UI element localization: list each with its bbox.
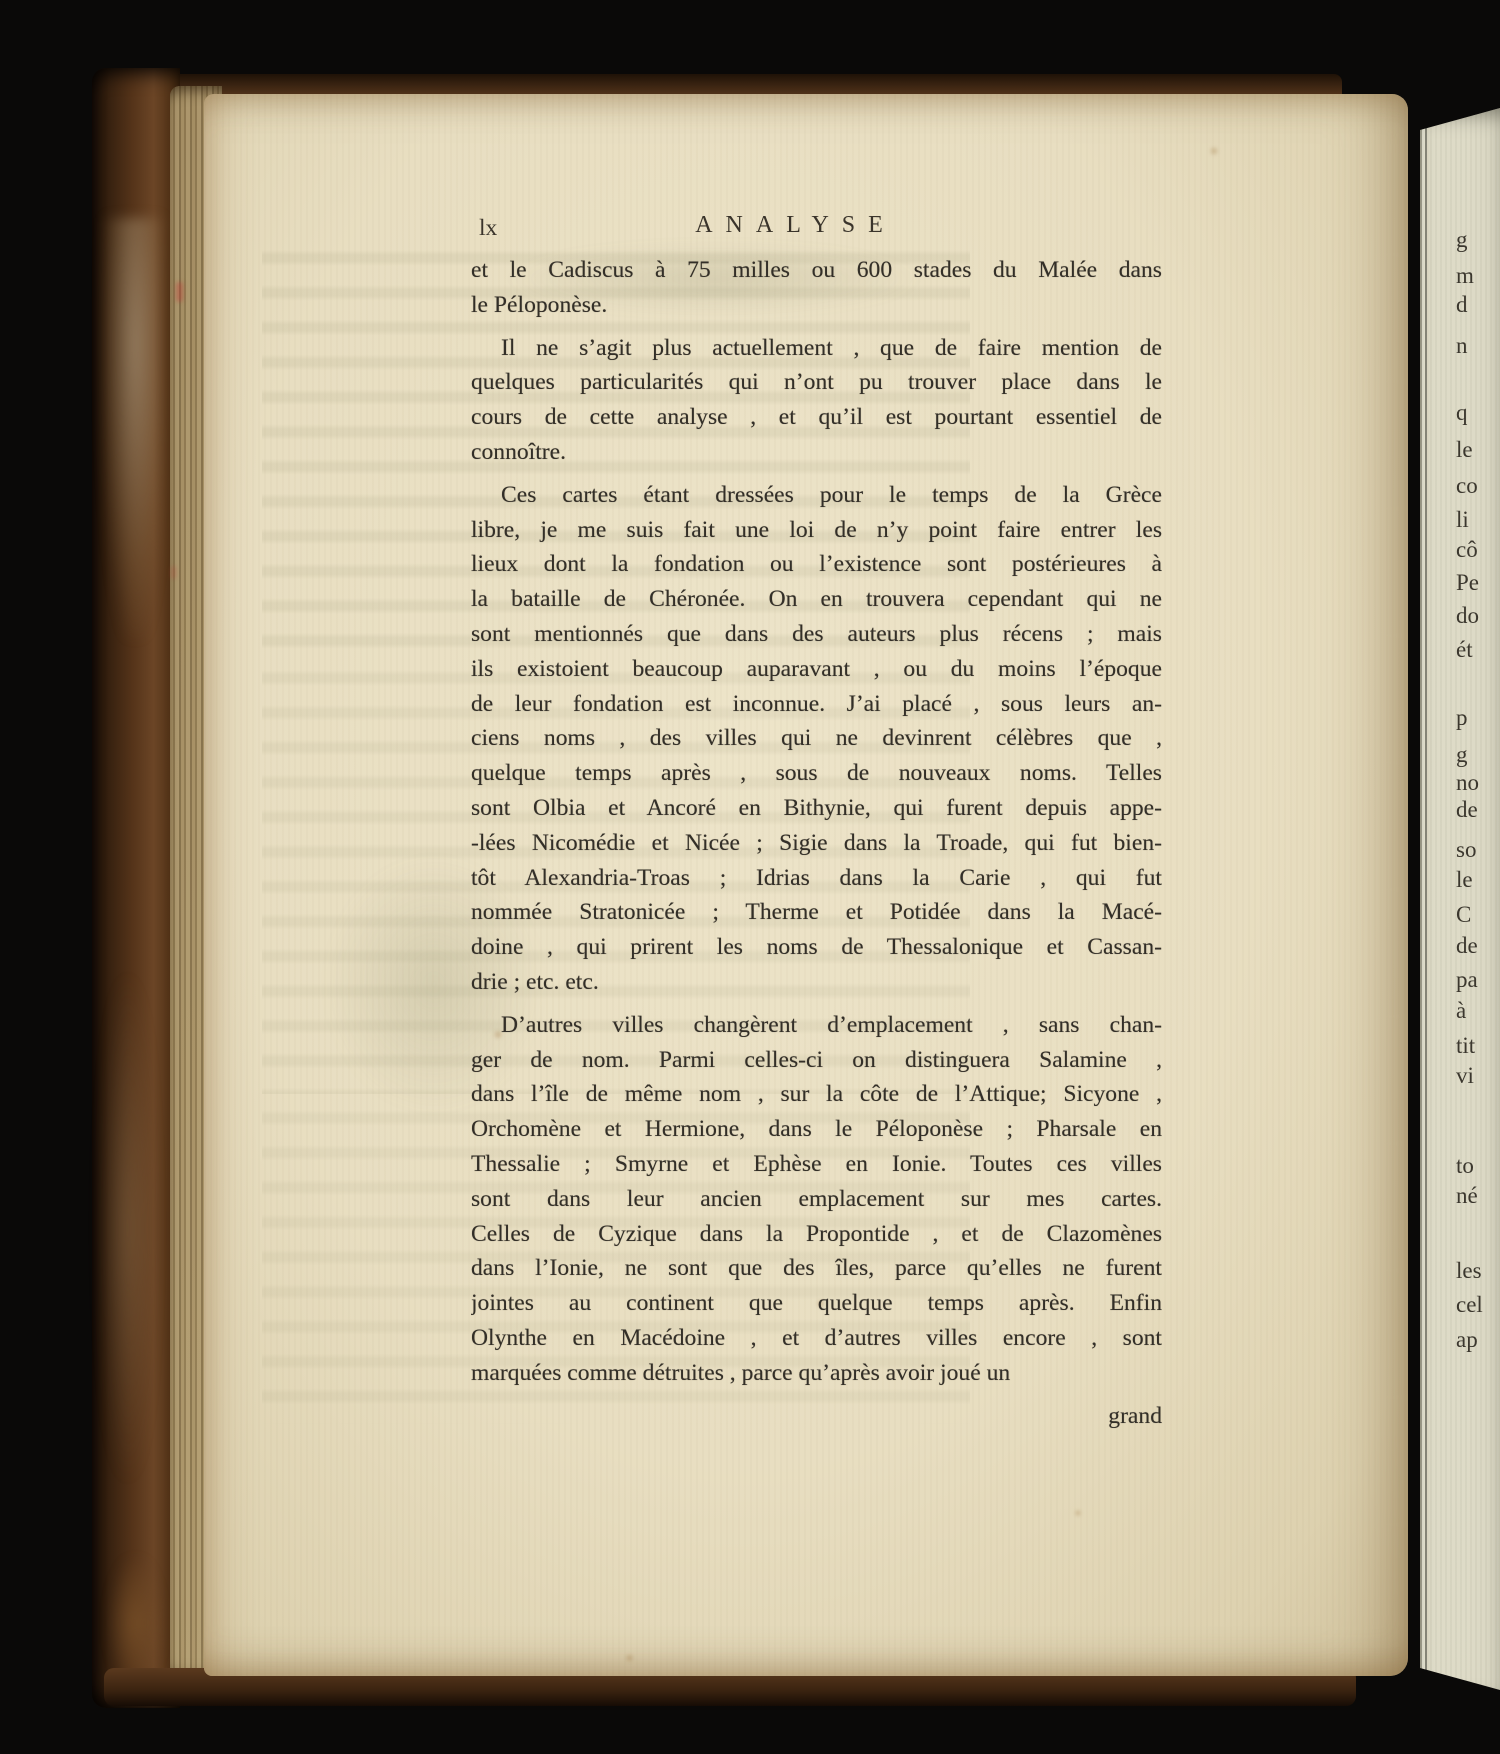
facing-page-text-fragment: Pe xyxy=(1456,570,1479,596)
foxing-spot xyxy=(624,1654,635,1662)
text-line: lieux dont la fondation ou l’existence s… xyxy=(471,547,1162,582)
leather-wear-patch xyxy=(100,968,155,1488)
facing-page-text-fragment: ap xyxy=(1456,1327,1478,1353)
facing-page-text-fragment: le xyxy=(1456,867,1473,893)
facing-page-text-fragment: so xyxy=(1456,837,1476,863)
text-line: de leur fondation est inconnue. J’ai pla… xyxy=(471,687,1162,722)
text-line: cours de cette analyse , et qu’il est po… xyxy=(471,400,1162,435)
paragraph: D’autres villes changèrent d’emplacement… xyxy=(471,1008,1162,1391)
facing-page-text-fragment: C xyxy=(1456,902,1471,928)
paragraph: Il ne s’agit plus actuellement , que de … xyxy=(471,331,1162,470)
text-block: et le Cadiscus à 75 milles ou 600 stades… xyxy=(471,253,1162,1433)
text-line: Olynthe en Macédoine , et d’autres ville… xyxy=(471,1321,1162,1356)
running-header: lx ANALYSE xyxy=(471,212,1162,244)
text-line: quelques particularités qui n’ont pu tro… xyxy=(471,365,1162,400)
text-line: dans l’Ionie, ne sont que des îles, parc… xyxy=(471,1251,1162,1286)
facing-page-text-fragment: li xyxy=(1456,507,1469,533)
text-line: drie ; etc. etc. xyxy=(471,965,1162,1000)
facing-page-text-fragment: co xyxy=(1456,473,1478,499)
text-line: Thessalie ; Smyrne et Ephèse en Ionie. T… xyxy=(471,1147,1162,1182)
facing-page-text-fragment: de xyxy=(1456,797,1478,823)
text-line: et le Cadiscus à 75 milles ou 600 stades… xyxy=(471,253,1162,288)
facing-page-text-fragment: do xyxy=(1456,603,1479,629)
catchword: grand xyxy=(471,1399,1162,1433)
text-line: libre, je me suis fait une loi de n’y po… xyxy=(471,513,1162,548)
text-line: D’autres villes changèrent d’emplacement… xyxy=(471,1008,1162,1043)
facing-page-text-fragment: m xyxy=(1456,263,1474,289)
text-line: jointes au continent que quelque temps a… xyxy=(471,1286,1162,1321)
red-ink-smudge xyxy=(171,566,176,579)
text-line: Celles de Cyzique dans la Propontide , e… xyxy=(471,1217,1162,1252)
facing-page-text-fragment: à xyxy=(1456,998,1466,1024)
text-line: marquées comme détruites , parce qu’aprè… xyxy=(471,1356,1162,1391)
facing-page-text-fragment: le xyxy=(1456,437,1473,463)
facing-page-text-fragment: de xyxy=(1456,933,1478,959)
facing-page-text-fragment: pa xyxy=(1456,967,1478,993)
photo-background: lx ANALYSE et le Cadiscus à 75 milles ou… xyxy=(0,0,1500,1754)
text-line: Il ne s’agit plus actuellement , que de … xyxy=(471,331,1162,366)
text-line: ils existoient beaucoup auparavant , ou … xyxy=(471,652,1162,687)
facing-page-text-fragment: g xyxy=(1456,227,1468,253)
facing-page-text-fragment: cel xyxy=(1456,1292,1483,1318)
running-title: ANALYSE xyxy=(450,212,1141,239)
text-line: la bataille de Chéronée. On en trouvera … xyxy=(471,582,1162,617)
facing-page-text-fragment: no xyxy=(1456,770,1479,796)
facing-page-text-fragment: tit xyxy=(1456,1033,1475,1059)
facing-page-text-fragment: cô xyxy=(1456,537,1478,563)
left-page: lx ANALYSE et le Cadiscus à 75 milles ou… xyxy=(204,94,1408,1676)
facing-page-text-fragment: d xyxy=(1456,292,1468,318)
text-line: nommée Stratonicée ; Therme et Potidée d… xyxy=(471,895,1162,930)
text-line: le Péloponèse. xyxy=(471,288,1162,323)
text-line: sont mentionnés que dans des auteurs plu… xyxy=(471,617,1162,652)
facing-page-text-fragment: p xyxy=(1456,705,1468,731)
foxing-spot xyxy=(1209,146,1219,156)
facing-page-text-fragment: né xyxy=(1456,1183,1478,1209)
text-line: Ces cartes étant dressées pour le temps … xyxy=(471,478,1162,513)
facing-page-text-fragment: q xyxy=(1456,400,1468,426)
text-line: tôt Alexandria-Troas ; Idrias dans la Ca… xyxy=(471,861,1162,896)
text-line: doine , qui prirent les noms de Thessalo… xyxy=(471,930,1162,965)
paragraph: Ces cartes étant dressées pour le temps … xyxy=(471,478,1162,1000)
facing-page-text-fragment: les xyxy=(1456,1258,1482,1284)
leather-wear-patch xyxy=(102,218,162,638)
text-line: quelque temps après , sous de nouveaux n… xyxy=(471,756,1162,791)
text-line: -lées Nicomédie et Nicée ; Sigie dans la… xyxy=(471,826,1162,861)
facing-page-text-fragment: g xyxy=(1456,742,1468,768)
foxing-spot xyxy=(1074,1509,1082,1517)
facing-page-text-fragment: ét xyxy=(1456,637,1473,663)
text-line: sont Olbia et Ancoré en Bithynie, qui fu… xyxy=(471,791,1162,826)
text-line: Orchomène et Hermione, dans le Péloponès… xyxy=(471,1112,1162,1147)
text-line: ciens noms , des villes qui ne devinrent… xyxy=(471,721,1162,756)
facing-page-sliver: gmdnqlecolicôPedoétpgnodesoleCdepaàtitvi… xyxy=(1420,108,1500,1712)
text-line: dans l’île de même nom , sur la côte de … xyxy=(471,1077,1162,1112)
facing-page-text-fragment: vi xyxy=(1456,1063,1474,1089)
facing-page-text-fragment: n xyxy=(1456,333,1468,359)
red-ink-smudge xyxy=(176,282,183,302)
text-line: connoître. xyxy=(471,435,1162,470)
paragraph: et le Cadiscus à 75 milles ou 600 stades… xyxy=(471,253,1162,323)
book-cover-spine xyxy=(92,68,180,1708)
text-line: ger de nom. Parmi celles-ci on distingue… xyxy=(471,1043,1162,1078)
facing-page-text-fragment: to xyxy=(1456,1153,1474,1179)
text-line: sont dans leur ancien emplacement sur me… xyxy=(471,1182,1162,1217)
